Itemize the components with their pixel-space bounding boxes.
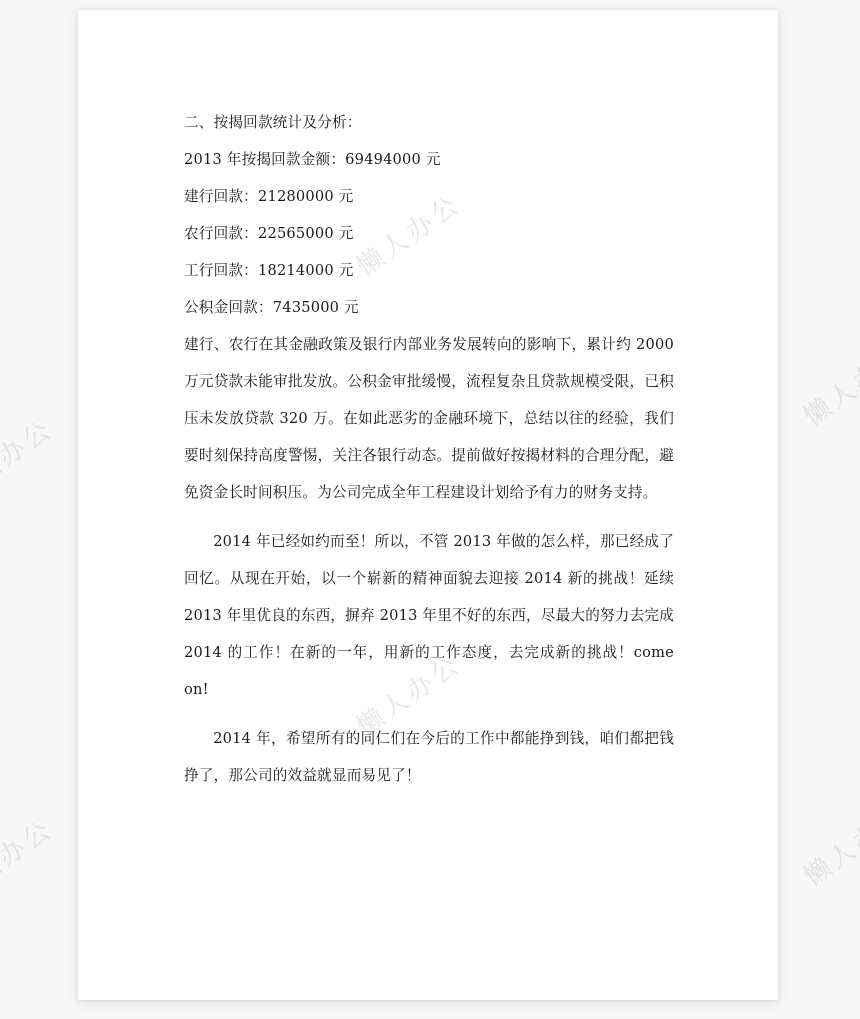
watermark: 懒人办公: [0, 809, 60, 908]
closing-paragraph: 2014 年，希望所有的同仁们在今后的工作中都能挣到钱，咱们都把钱挣了，那公司的…: [184, 720, 674, 794]
stat-total: 2013 年按揭回款金额：69494000 元: [184, 141, 674, 178]
stat-abc: 农行回款：22565000 元: [184, 215, 674, 252]
document-page: 懒人办公 懒人办公 二、按揭回款统计及分析： 2013 年按揭回款金额：6949…: [78, 10, 778, 1000]
stat-housing-fund: 公积金回款：7435000 元: [184, 289, 674, 326]
stat-ccb: 建行回款：21280000 元: [184, 178, 674, 215]
watermark: 懒人办公: [0, 409, 60, 508]
document-body: 二、按揭回款统计及分析： 2013 年按揭回款金额：69494000 元 建行回…: [184, 104, 674, 794]
stat-icbc: 工行回款：18214000 元: [184, 252, 674, 289]
watermark: 懒人办公: [795, 794, 860, 893]
analysis-paragraph: 建行、农行在其金融政策及银行内部业务发展转向的影响下，累计约 2000 万元贷款…: [184, 326, 674, 511]
outlook-paragraph: 2014 年已经如约而至！所以，不管 2013 年做的怎么样，那已经成了回忆。从…: [184, 523, 674, 708]
watermark: 懒人办公: [795, 334, 860, 433]
section-heading: 二、按揭回款统计及分析：: [184, 104, 674, 141]
